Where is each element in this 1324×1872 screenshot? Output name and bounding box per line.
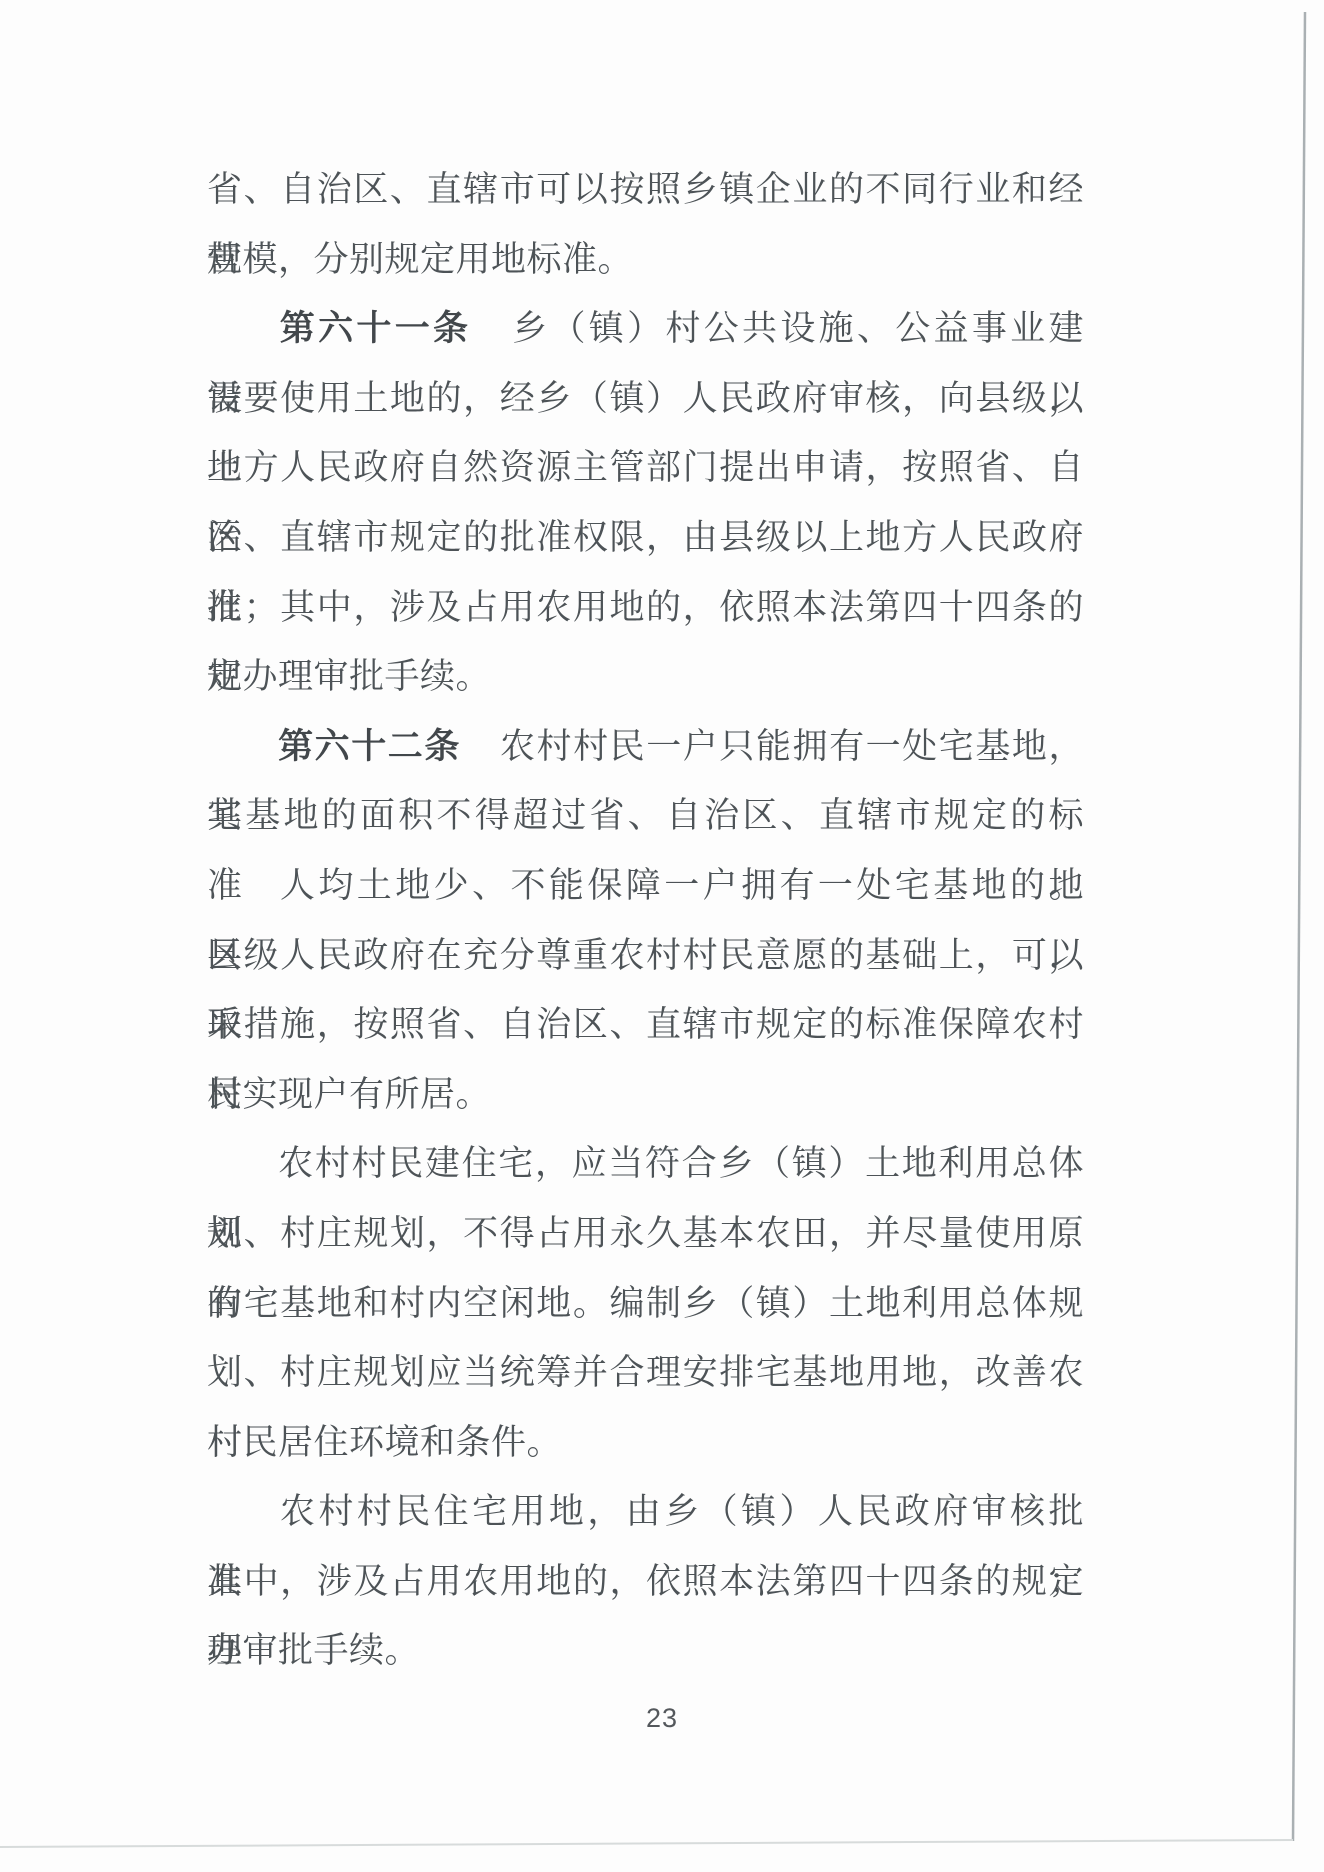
paragraph-indent bbox=[207, 757, 277, 758]
head-gap bbox=[471, 339, 509, 340]
page-edge-line bbox=[1293, 12, 1305, 1841]
paragraph-first-line: 农村村民住宅用地，由乡（镇）人民政府审核批准； bbox=[207, 1477, 1084, 1547]
text-line: 定办理审批手续。 bbox=[207, 642, 1084, 712]
text-line: 区、直辖市规定的批准权限，由县级以上地方人民政府批 bbox=[207, 503, 1084, 573]
text-line: 准；其中，涉及占用农用地的，依照本法第四十四条的规 bbox=[207, 573, 1084, 643]
text-line: 地方人民政府自然资源主管部门提出申请，按照省、自治 bbox=[207, 433, 1084, 503]
paragraph-indent bbox=[207, 339, 277, 340]
head-gap bbox=[461, 757, 499, 758]
scanned-document-page: 省、自治区、直辖市可以按照乡镇企业的不同行业和经营 规模，分别规定用地标准。 第… bbox=[0, 0, 1324, 1872]
text-line: 省、自治区、直辖市可以按照乡镇企业的不同行业和经营 bbox=[207, 155, 1084, 225]
line-text: 理审批手续。 bbox=[207, 1631, 420, 1670]
paragraph-indent bbox=[207, 1522, 277, 1523]
paragraph-first-line: 人均土地少、不能保障一户拥有一处宅基地的地区， bbox=[207, 851, 1084, 921]
text-line: 县级人民政府在充分尊重农村村民意愿的基础上，可以采 bbox=[207, 921, 1084, 991]
text-line: 村民居住环境和条件。 bbox=[207, 1408, 1084, 1478]
document-text-block: 省、自治区、直辖市可以按照乡镇企业的不同行业和经营 规模，分别规定用地标准。 第… bbox=[207, 155, 1084, 1686]
article-61-first-line: 第六十一条乡（镇）村公共设施、公益事业建设， bbox=[207, 294, 1084, 364]
article-61-number: 第六十一条 bbox=[277, 309, 471, 348]
text-line: 宅基地的面积不得超过省、自治区、直辖市规定的标准。 bbox=[207, 781, 1084, 851]
text-line: 其中，涉及占用农用地的，依照本法第四十四条的规定办 bbox=[207, 1547, 1084, 1617]
article-62-first-line: 第六十二条农村村民一户只能拥有一处宅基地，其 bbox=[207, 712, 1084, 782]
scan-bottom-line bbox=[0, 1840, 1293, 1847]
paragraph-indent bbox=[207, 1174, 277, 1175]
text-line: 的宅基地和村内空闲地。编制乡（镇）土地利用总体规 bbox=[207, 1269, 1084, 1339]
text-line: 理审批手续。 bbox=[207, 1616, 1084, 1686]
text-line: 规模，分别规定用地标准。 bbox=[207, 225, 1084, 295]
line-text: 的宅基地和村内空闲地。编制乡（镇）土地利用总体规 bbox=[207, 1284, 1084, 1323]
article-62-number: 第六十二条 bbox=[277, 727, 461, 766]
text-line: 划、村庄规划，不得占用永久基本农田，并尽量使用原有 bbox=[207, 1199, 1084, 1269]
text-line: 民实现户有所居。 bbox=[207, 1060, 1084, 1130]
page-number: 23 bbox=[0, 1703, 1324, 1733]
text-line: 需要使用土地的，经乡（镇）人民政府审核，向县级以上 bbox=[207, 364, 1084, 434]
text-line: 取措施，按照省、自治区、直辖市规定的标准保障农村村 bbox=[207, 990, 1084, 1060]
line-text: 规模，分别规定用地标准。 bbox=[207, 240, 633, 279]
line-text: 民实现户有所居。 bbox=[207, 1075, 491, 1114]
line-text: 村民居住环境和条件。 bbox=[207, 1423, 562, 1462]
text-line: 划、村庄规划应当统筹并合理安排宅基地用地，改善农村 bbox=[207, 1338, 1084, 1408]
paragraph-indent bbox=[207, 896, 277, 897]
paragraph-first-line: 农村村民建住宅，应当符合乡（镇）土地利用总体规 bbox=[207, 1129, 1084, 1199]
line-text: 定办理审批手续。 bbox=[207, 657, 491, 696]
